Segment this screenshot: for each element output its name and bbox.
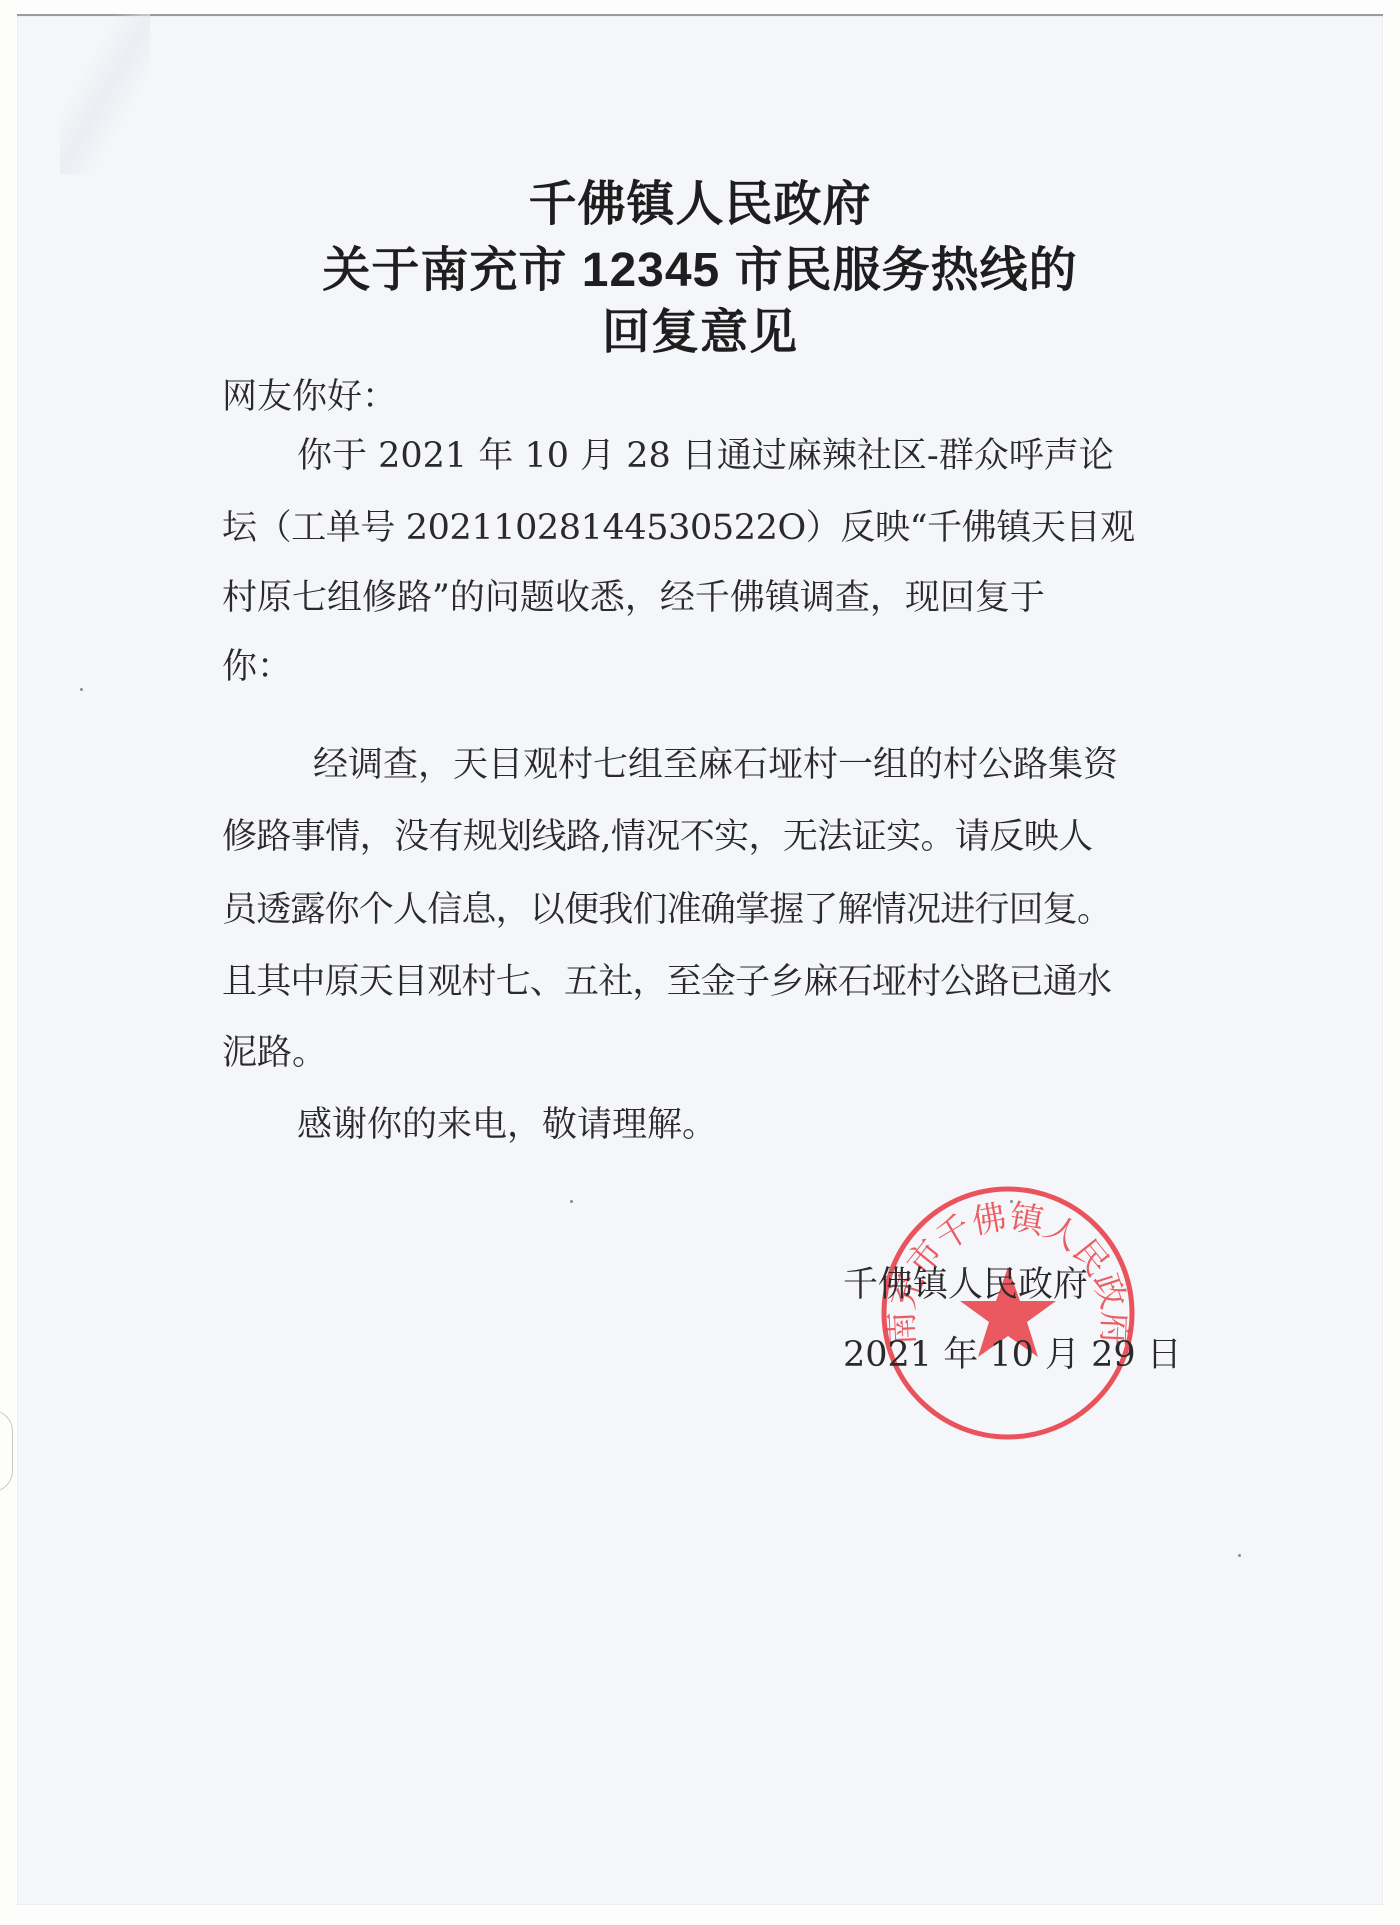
official-seal-stamp: 南充市千佛镇人民政府 xyxy=(880,1185,1136,1441)
paragraph-2-line: 修路事情，没有规划线路,情况不实，无法证实。请反映人 xyxy=(222,817,1093,857)
paragraph-1-line: 坛（工单号 20211028144530522O）反映“千佛镇天目观 xyxy=(222,508,1135,548)
issue-date: 2021 年 10 月 29 日 xyxy=(843,1335,1182,1375)
scan-speck xyxy=(570,1200,573,1203)
closing-line: 感谢你的来电，敬请理解。 xyxy=(297,1105,717,1145)
title-line-2: 关于南充市 12345 市民服务热线的 xyxy=(0,243,1400,299)
scan-speck xyxy=(1238,1554,1241,1557)
greeting: 网友你好： xyxy=(222,377,397,417)
paragraph-2-line: 经调查，天目观村七组至麻石垭村一组的村公路集资 xyxy=(313,745,1118,785)
paragraph-1-line: 村原七组修路”的问题收悉，经千佛镇调查，现回复于 xyxy=(222,578,1045,618)
scan-speck xyxy=(80,688,83,691)
paragraph-2-line: 员透露你个人信息，以便我们准确掌握了解情况进行回复。 xyxy=(222,890,1111,930)
paper-fold-shadow xyxy=(60,14,150,174)
paragraph-2-line: 且其中原天目观村七、五社，至金子乡麻石垭村公路已通水 xyxy=(222,962,1111,1002)
title-line-3: 回复意见 xyxy=(0,305,1400,361)
issuer-signature: 千佛镇人民政府 xyxy=(843,1265,1088,1305)
paragraph-2-line: 泥路。 xyxy=(222,1033,327,1073)
paragraph-1-line: 你于 2021 年 10 月 28 日通过麻辣社区-群众呼声论 xyxy=(297,436,1114,476)
binding-hole-mark xyxy=(0,1410,13,1492)
title-line-1: 千佛镇人民政府 xyxy=(0,177,1400,233)
paragraph-1-line: 你： xyxy=(222,647,292,687)
